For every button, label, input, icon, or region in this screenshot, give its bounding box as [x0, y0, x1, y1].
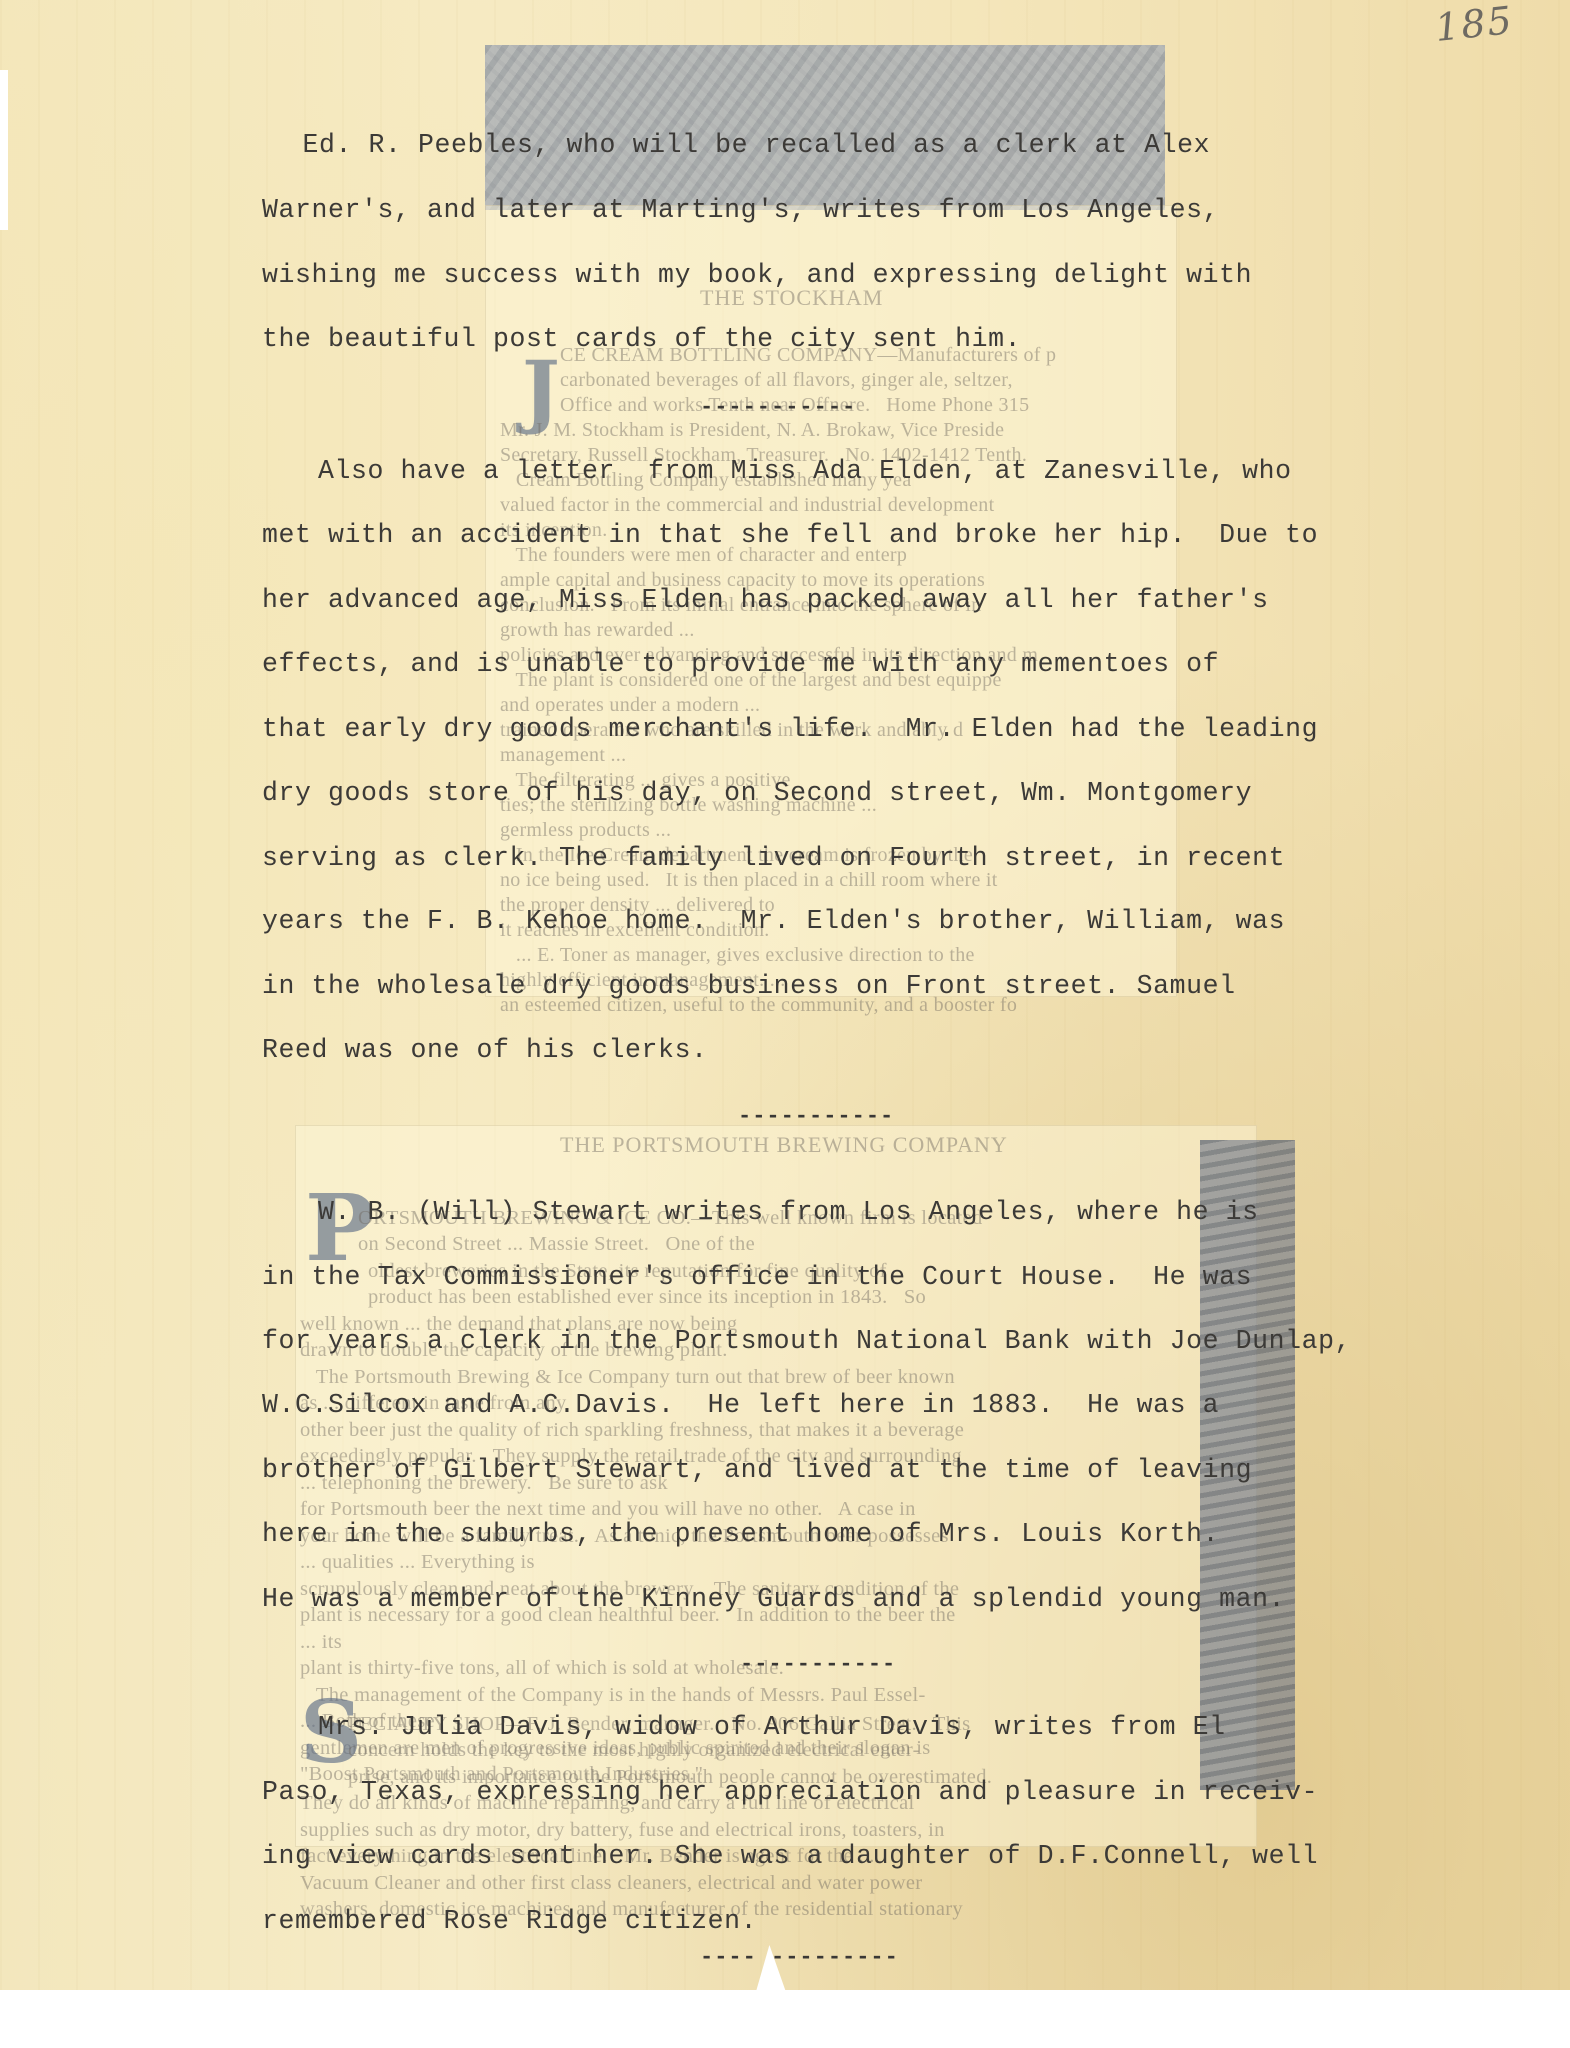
page-number: 185 [1433, 0, 1516, 50]
typed-line: wishing me success with my book, and exp… [262, 262, 1252, 289]
typed-line: years the F. B. Kehoe home. Mr. Elden's … [262, 908, 1285, 935]
typed-line: He was a member of the Kinney Guards and… [262, 1586, 1285, 1613]
separator: ----------- [740, 1652, 896, 1677]
typed-line: Ed. R. Peebles, who will be recalled as … [220, 132, 1210, 159]
separator: ---- --------- [700, 1945, 899, 1970]
clip-line: on Second Street ... Massie Street. One … [300, 1231, 983, 1258]
typed-line: the beautiful post cards of the city sen… [262, 326, 1021, 353]
torn-edge-left [0, 70, 8, 230]
typed-line: W. B. (Will) Stewart writes from Los Ang… [318, 1199, 1259, 1226]
clip-line: other beer just the quality of rich spar… [300, 1417, 983, 1444]
typed-line: in the Tax Commissioner's office in the … [262, 1264, 1252, 1291]
typed-line: her advanced age, Miss Elden has packed … [262, 587, 1269, 614]
typed-line: Also have a letter from Miss Ada Elden, … [318, 458, 1292, 485]
clip-line: valued factor in the commercial and indu… [500, 493, 1056, 518]
typed-line: dry goods store of his day, on Second st… [262, 780, 1252, 807]
typed-line: for years a clerk in the Portsmouth Nati… [262, 1328, 1351, 1355]
typed-line: effects, and is unable to provide me wit… [262, 651, 1219, 678]
separator: ----------- [700, 395, 856, 420]
clip-line: germless products ... [500, 818, 1056, 843]
clipping-photo-top [485, 45, 1165, 210]
clip-line: The Portsmouth Brewing & Ice Company tur… [300, 1364, 983, 1391]
clip-line: management ... [500, 743, 1056, 768]
typed-line: Reed was one of his clerks. [262, 1037, 708, 1064]
clip-line: ... E. Toner as manager, gives exclusive… [500, 943, 1056, 968]
clip-line: Mr. J. M. Stockham is President, N. A. B… [500, 418, 1056, 443]
typed-line: Warner's, and later at Marting's, writes… [262, 197, 1219, 224]
typed-line: Paso, Texas, expressing her appreciation… [262, 1779, 1318, 1806]
typed-line: here in the suburbs, the present home of… [262, 1521, 1219, 1548]
separator: ----------- [738, 1104, 894, 1129]
typed-line: brother of Gilbert Stewart, and lived at… [262, 1457, 1252, 1484]
typed-line: Mrs. Julia Davis, widow of Arthur Davis,… [318, 1714, 1226, 1741]
torn-edge-bottom [0, 1990, 1570, 2048]
typed-line: in the wholesale dry goods business on F… [262, 973, 1236, 1000]
typed-line: that early dry goods merchant's life. Mr… [262, 716, 1318, 743]
clip-line: Vacuum Cleaner and other first class cle… [300, 1870, 992, 1897]
typed-line: serving as clerk. The family lived on Fo… [262, 845, 1285, 872]
clip-line: carbonated beverages of all flavors, gin… [500, 368, 1056, 393]
typed-line: met with an accident in that she fell an… [262, 522, 1318, 549]
typed-line: ing view cards sent her. She was a daugh… [262, 1843, 1318, 1870]
clip-line: growth has rewarded ... [500, 618, 1056, 643]
typed-line: remembered Rose Ridge citizen. [262, 1908, 757, 1935]
clip-line: ... qualities ... Everything is [300, 1549, 983, 1576]
typed-line: W.C.Silcox and A.C.Davis. He left here i… [262, 1392, 1219, 1419]
clip-line: supplies such as dry motor, dry battery,… [300, 1817, 992, 1844]
clipping-brewing-heading: THE PORTSMOUTH BREWING COMPANY [560, 1132, 1008, 1158]
